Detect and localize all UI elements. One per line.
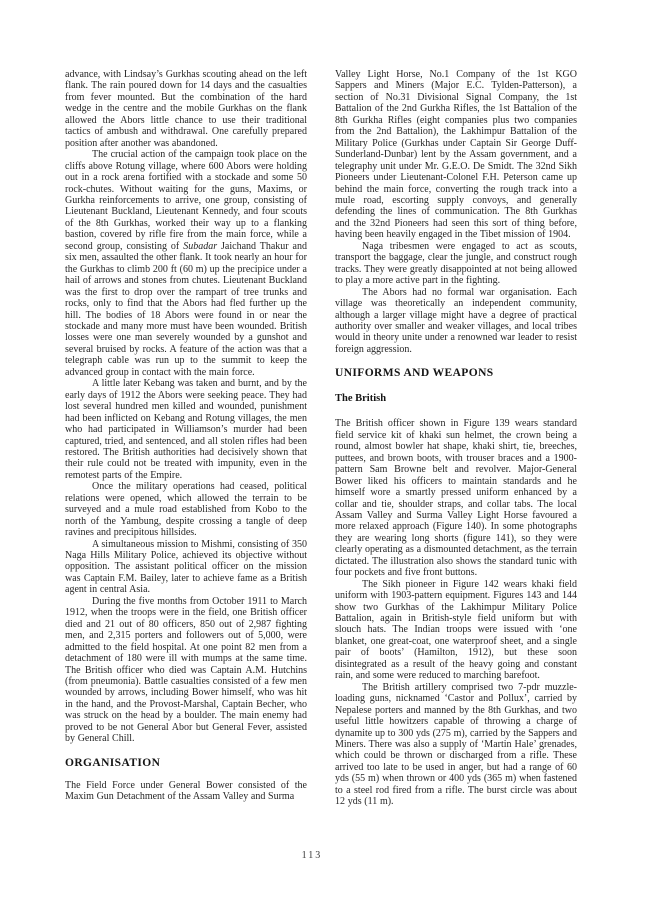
paragraph: Once the military operations had ceased,… <box>65 481 307 538</box>
paragraph: The crucial action of the campaign took … <box>65 149 307 378</box>
text-run: A simultaneous mission to Mishmi, consis… <box>65 539 307 596</box>
paragraph: The Field Force under General Bower cons… <box>65 780 307 803</box>
text-run: Jaichand Thakur and six men, assaulted t… <box>65 241 307 378</box>
paragraph: Valley Light Horse, No.1 Company of the … <box>335 69 577 241</box>
paragraph: The Abors had no formal war organisation… <box>335 287 577 356</box>
text-run: The Field Force under General Bower cons… <box>65 780 307 802</box>
text-run: Once the military operations had ceased,… <box>65 481 307 538</box>
text-run: During the five months from October 1911… <box>65 596 307 744</box>
text-run: The crucial action of the campaign took … <box>65 149 307 252</box>
paragraph: advance, with Lindsay’s Gurkhas scouting… <box>65 69 307 149</box>
text-run: A little later Kebang was taken and burn… <box>65 378 307 481</box>
document-page: advance, with Lindsay’s Gurkhas scouting… <box>0 0 650 920</box>
paragraph: The British officer shown in Figure 139 … <box>335 418 577 578</box>
text-run: The British artillery comprised two 7-pd… <box>335 682 577 808</box>
text-run: Valley Light Horse, No.1 Company of the … <box>335 69 577 240</box>
paragraph: A little later Kebang was taken and burn… <box>65 378 307 481</box>
section-heading: UNIFORMS AND WEAPONS <box>335 367 577 380</box>
text-run: The Abors had no formal war organisation… <box>335 287 577 355</box>
paragraph: A simultaneous mission to Mishmi, consis… <box>65 539 307 596</box>
text-run: The British officer shown in Figure 139 … <box>335 418 577 578</box>
italic-text: Subadar <box>183 241 217 252</box>
text-columns: advance, with Lindsay’s Gurkhas scouting… <box>65 69 577 808</box>
paragraph: The Sikh pioneer in Figure 142 wears kha… <box>335 579 577 682</box>
text-run: advance, with Lindsay’s Gurkhas scouting… <box>65 69 307 149</box>
left-column: advance, with Lindsay’s Gurkhas scouting… <box>65 69 307 808</box>
text-run: Naga tribesmen were engaged to act as sc… <box>335 241 577 286</box>
page-number: 113 <box>56 850 568 861</box>
paragraph: During the five months from October 1911… <box>65 596 307 745</box>
text-run: The Sikh pioneer in Figure 142 wears kha… <box>335 579 577 682</box>
sub-heading: The British <box>335 393 577 405</box>
right-column: Valley Light Horse, No.1 Company of the … <box>335 69 577 808</box>
section-heading: ORGANISATION <box>65 757 307 770</box>
paragraph: The British artillery comprised two 7-pd… <box>335 682 577 808</box>
paragraph: Naga tribesmen were engaged to act as sc… <box>335 241 577 287</box>
